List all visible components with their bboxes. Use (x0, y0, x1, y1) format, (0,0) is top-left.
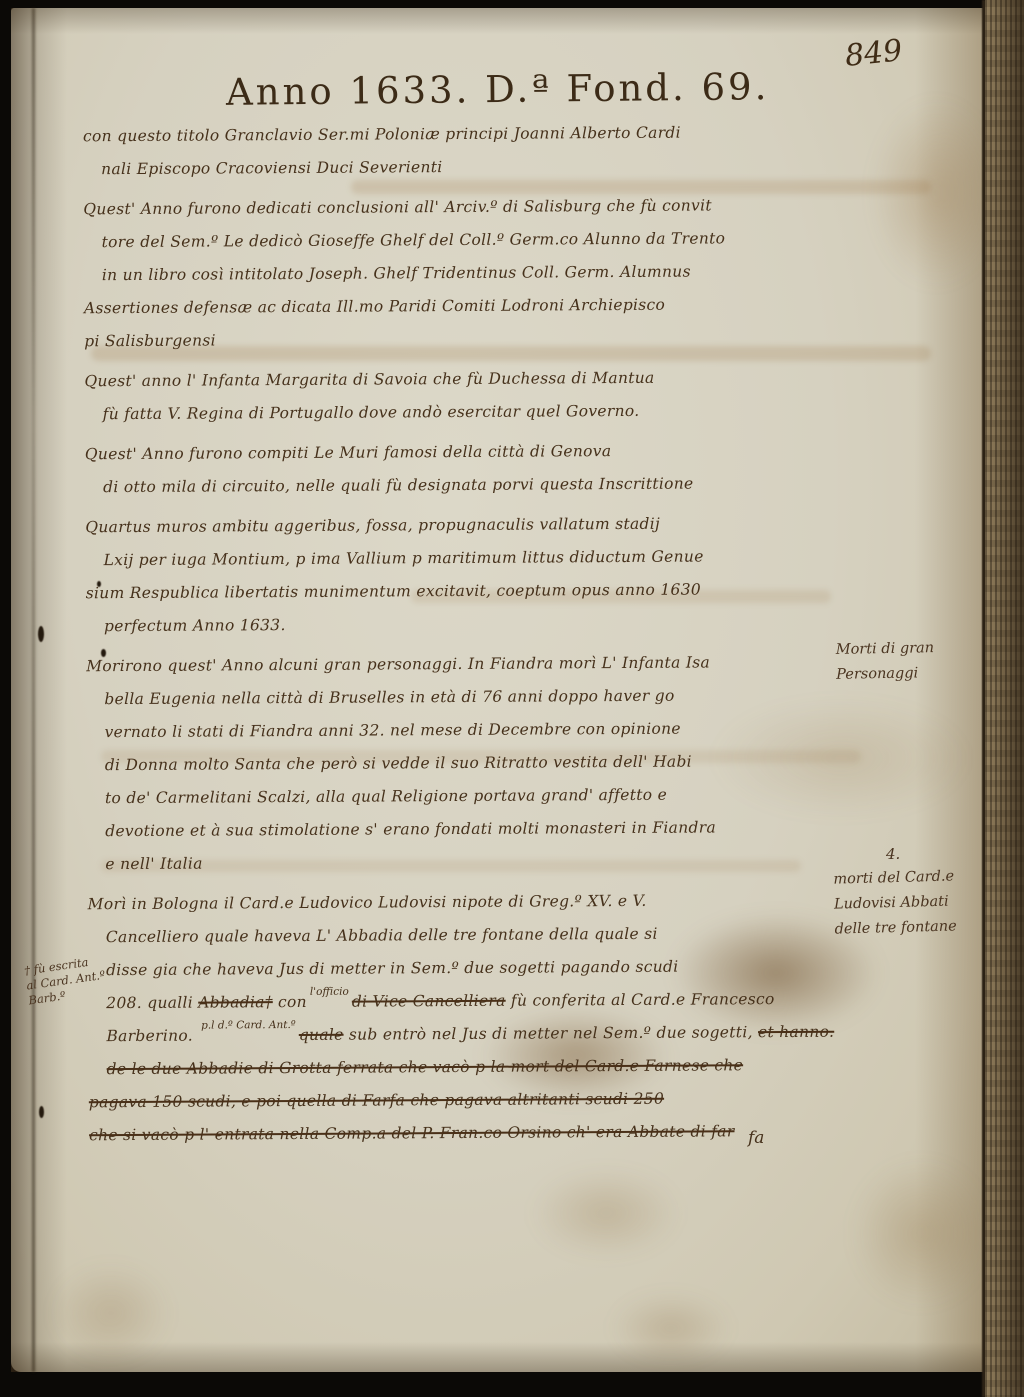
margin-note-line: Morti di gran (836, 636, 935, 663)
age-stain (851, 1158, 991, 1308)
body-line: di Donna molto Santa che però si vedde i… (87, 745, 827, 783)
body-line: perfectum Anno 1633. (86, 606, 826, 644)
gutter-shadow (11, 8, 81, 1372)
ink-spot (38, 626, 44, 642)
body-line: con questo titolo Granclavio Ser.mi Polo… (83, 116, 823, 154)
body-line: sium Respublica libertatis munimentum ex… (86, 573, 826, 611)
struck-text: de le due Abbadie di Grotta ferrata che … (107, 1056, 744, 1078)
body-text-segment: bella Eugenia nella città di Bruselles i… (104, 687, 674, 708)
body-text-segment: Cancelliero quale haveva L' Abbadia dell… (106, 925, 658, 946)
body-line: nali Episcopo Cracoviensi Duci Severient… (83, 149, 823, 187)
body-line: vernato li stati di Fiandra anni 32. nel… (86, 712, 826, 750)
margin-note-line: delle tre fontane (834, 914, 957, 942)
body-line: 208. qualli Abbadia† conl'officiodi Vice… (88, 983, 828, 1021)
ink-spot (39, 1106, 44, 1118)
interlinear-note: l'officio (310, 976, 349, 1009)
body-text-segment: fù conferita al Card.e Francesco (506, 990, 775, 1010)
body-line: Assertiones defensæ ac dicata Ill.mo Par… (84, 288, 824, 326)
body-line: to de' Carmelitani Scalzi, alla qual Rel… (87, 778, 827, 816)
body-line: Morirono quest' Anno alcuni gran persona… (86, 646, 826, 684)
body-text-segment: Quest' Anno furono dedicati conclusioni … (83, 196, 712, 218)
body-text-segment: vernato li stati di Fiandra anni 32. nel… (105, 720, 681, 742)
age-stain (531, 1168, 681, 1258)
body-line: devotione et à sua stimolatione s' erano… (87, 811, 827, 849)
struck-text: di Vice Cancelliera (352, 992, 506, 1011)
top-shade (11, 8, 985, 34)
body-text-segment: disse gia che haveva Jus di metter in Se… (106, 958, 679, 979)
body-text-segment: 208. qualli (106, 994, 198, 1013)
body-text-segment: e nell' Italia (105, 855, 202, 874)
body-text-segment: Assertiones defensæ ac dicata Ill.mo Par… (84, 296, 665, 318)
struck-text: quale (299, 1026, 344, 1044)
interlinear-note: p.l d.º Card. Ant.º (201, 1009, 296, 1043)
age-stain (51, 1263, 171, 1363)
margin-note-line: morti del Card.e (833, 864, 956, 892)
body-line: in un libro così intitolato Joseph. Ghel… (84, 255, 824, 293)
body-text-segment: Morirono quest' Anno alcuni gran persona… (86, 653, 710, 675)
body-line: pagava 150 scudi, e poi quella di Farfa … (89, 1082, 829, 1120)
folio-number: 849 (843, 33, 904, 74)
catchword: fa (748, 1128, 764, 1148)
body-text-segment: Barberino. (106, 1027, 198, 1046)
body-text-segment: in un libro così intitolato Joseph. Ghel… (102, 263, 691, 285)
body-text: con questo titolo Granclavio Ser.mi Polo… (83, 116, 829, 1153)
body-line: Barberino. p.l d.º Card. Ant.ºquale sub … (88, 1016, 828, 1054)
struck-text: pagava 150 scudi, e poi quella di Farfa … (89, 1090, 664, 1112)
body-text-segment: to de' Carmelitani Scalzi, alla qual Rel… (105, 786, 667, 807)
body-line: Morì in Bologna il Card.e Ludovico Ludov… (88, 884, 828, 922)
body-line: che si vacò p l' entrata nella Comp.a de… (89, 1115, 829, 1153)
body-text-segment: tore del Sem.º Le dedicò Gioseffe Ghelf … (102, 229, 726, 251)
body-line: de le due Abbadie di Grotta ferrata che … (89, 1049, 829, 1087)
body-line: fù fatta V. Regina di Portugallo dove an… (85, 394, 825, 432)
body-text-segment: fù fatta V. Regina di Portugallo dove an… (103, 402, 640, 423)
book-page-edges (985, 0, 1024, 1397)
body-text-segment: perfectum Anno 1633. (104, 616, 286, 635)
body-text-segment: di otto mila di circuito, nelle quali fù… (103, 475, 694, 497)
body-text-segment: Lxij per iuga Montium, p ima Vallium p m… (103, 547, 703, 569)
page-header: Anno 1633. D.ª Fond. 69. (226, 65, 770, 114)
body-text-segment: Quest' anno l' Infanta Margarita di Savo… (84, 369, 654, 390)
body-line: di otto mila di circuito, nelle quali fù… (85, 467, 825, 505)
body-text-segment: sub entrò nel Jus di metter nel Sem.º du… (344, 1023, 759, 1044)
body-line: Quartus muros ambitu aggeribus, fossa, p… (85, 507, 825, 545)
margin-note-morti-di-gran-personaggi: Morti di granPersonaggi (836, 636, 935, 688)
manuscript-photo: 849 Anno 1633. D.ª Fond. 69. con questo … (0, 0, 1024, 1397)
margin-note-line: Ludovisi Abbati (834, 889, 957, 917)
margin-note-number: 4. (886, 845, 900, 863)
body-text-segment: con questo titolo Granclavio Ser.mi Polo… (83, 124, 681, 146)
body-text-segment: devotione et à sua stimolatione s' erano… (105, 818, 716, 840)
body-text-segment: sium Respublica libertatis munimentum ex… (86, 581, 701, 603)
body-text-segment: Morì in Bologna il Card.e Ludovico Ludov… (88, 892, 647, 913)
body-line: tore del Sem.º Le dedicò Gioseffe Ghelf … (84, 222, 824, 260)
fold-line (32, 8, 35, 1372)
body-line: Lxij per iuga Montium, p ima Vallium p m… (85, 540, 825, 578)
body-line: Quest' Anno furono dedicati conclusioni … (83, 189, 823, 227)
bottom-shade (11, 1342, 985, 1372)
body-line: pi Salisburgensi (84, 321, 824, 359)
body-line: e nell' Italia (87, 844, 827, 882)
body-text-segment: Quartus muros ambitu aggeribus, fossa, p… (85, 515, 660, 537)
body-text-segment: nali Episcopo Cracoviensi Duci Severient… (101, 158, 442, 178)
age-stain (611, 1293, 731, 1363)
struck-text: che si vacò p l' entrata nella Comp.a de… (89, 1122, 735, 1144)
body-line: Quest' Anno furono compiti Le Muri famos… (85, 434, 825, 472)
struck-text: et hanno. (758, 1023, 834, 1041)
body-text-segment: di Donna molto Santa che però si vedde i… (105, 753, 692, 775)
margin-note-line: Personaggi (836, 661, 935, 688)
body-line: Cancelliero quale haveva L' Abbadia dell… (88, 917, 828, 955)
body-line: bella Eugenia nella città di Bruselles i… (86, 679, 826, 717)
body-line: Quest' anno l' Infanta Margarita di Savo… (84, 361, 824, 399)
body-line: disse gia che haveva Jus di metter in Se… (88, 950, 828, 988)
body-text-segment: pi Salisburgensi (84, 331, 216, 350)
margin-note-morti-del-card-ludovisi: morti del Card.eLudovisi Abbatidelle tre… (833, 864, 957, 942)
body-text-segment: Quest' Anno furono compiti Le Muri famos… (85, 442, 612, 463)
